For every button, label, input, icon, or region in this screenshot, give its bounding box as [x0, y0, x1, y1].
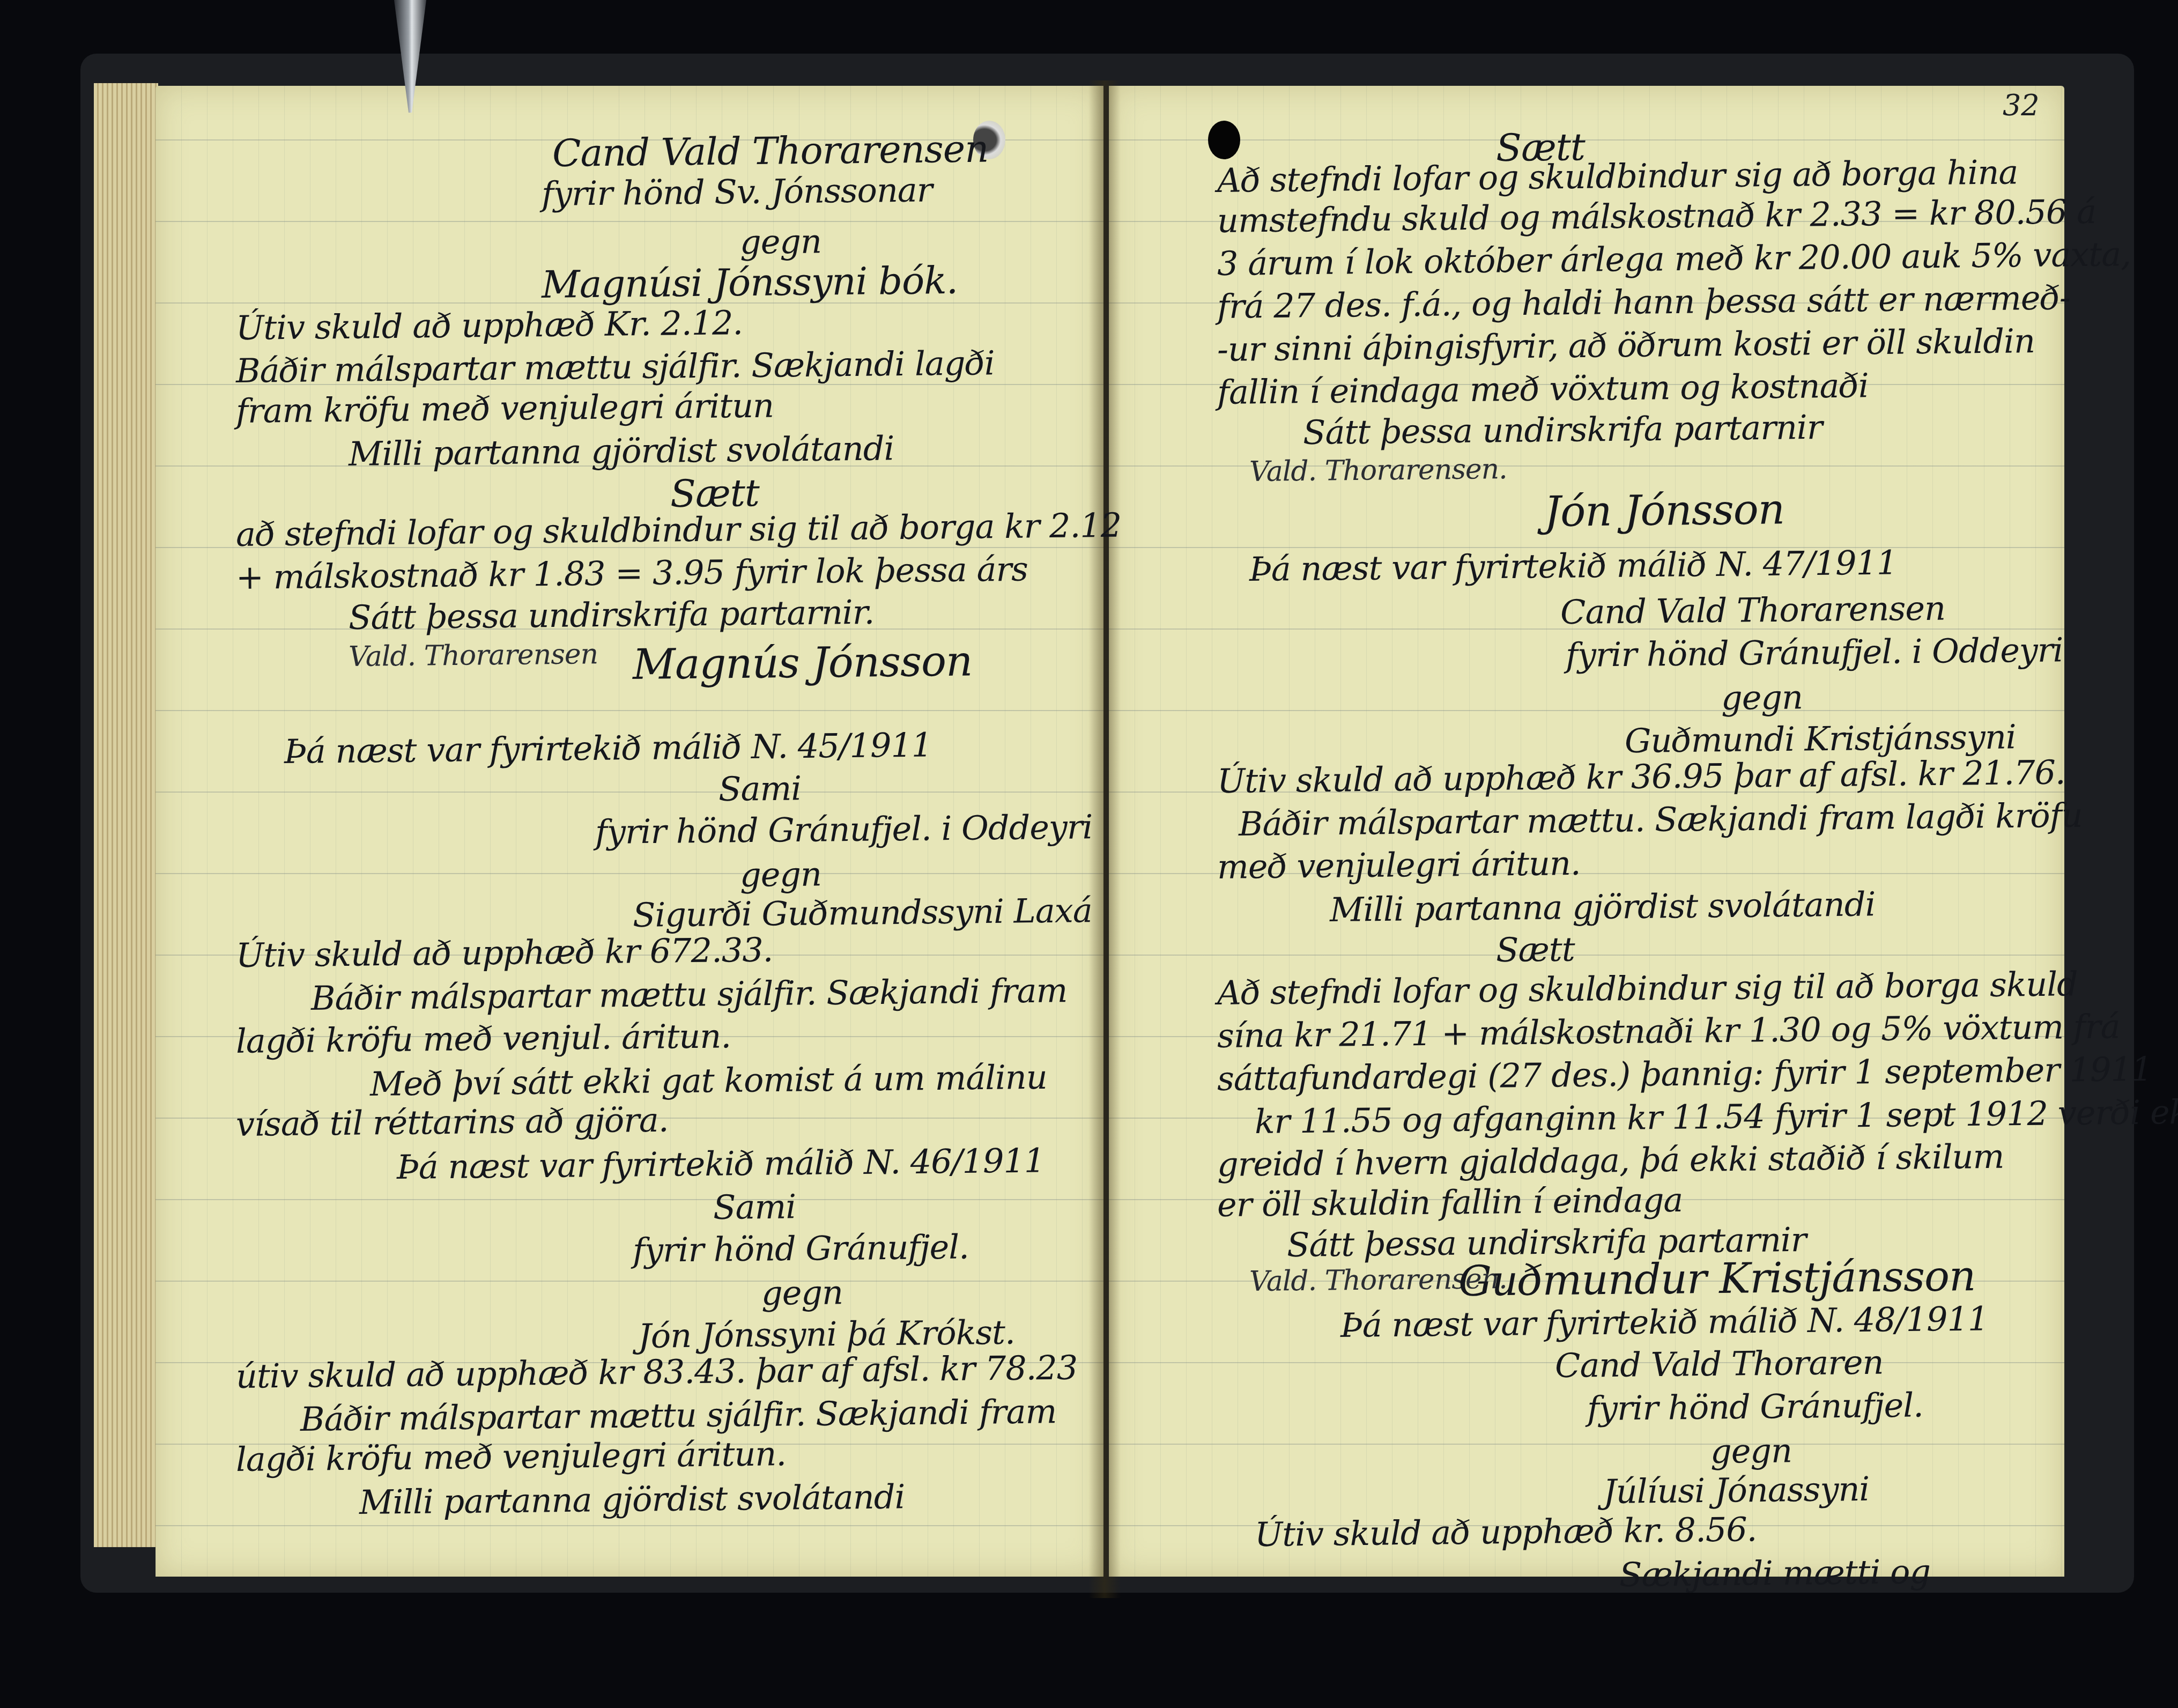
handwritten-line: gegn [761, 1273, 843, 1313]
handwritten-line: gegn [1710, 1431, 1792, 1471]
handwritten-line: Þá næst var fyrirtekið málið N. 45/1911 [284, 725, 932, 771]
handwritten-line: Magnúsi Jónssyni bók. [542, 258, 958, 307]
handwritten-line: lagði kröfu með venjul. áritun. [236, 1016, 731, 1061]
handwritten-line: vísað til réttarins að gjöra. [236, 1100, 669, 1144]
handwritten-line: gegn [740, 854, 822, 894]
handwritten-line: með venjulegri áritun. [1217, 844, 1581, 886]
handwritten-line: Sami [713, 1187, 796, 1227]
book-gutter [1088, 80, 1121, 1598]
handwritten-line: Að stefndi lofar og skuldbindur sig að b… [1217, 152, 2018, 200]
handwritten-line: Vald. Thorarensen. [1249, 453, 1507, 488]
handwritten-line: greidd í hvern gjalddaga, þá ekki staðið… [1217, 1137, 2004, 1184]
handwritten-line: Með því sátt ekki gat komist á um málinu [370, 1058, 1047, 1104]
handwritten-line: fyrir hönd Gránufjel. i Oddeyri [1566, 630, 2063, 675]
handwritten-line: Sátt þessa undirskrifa partarnir. [349, 593, 875, 637]
handwritten-line: er öll skuldin fallin í eindaga [1217, 1180, 1683, 1224]
handwritten-line: Cand Vald Thoraren­sen [1560, 588, 1946, 632]
handwritten-line: Útiv skuld að upphæð kr 672.33. [236, 930, 773, 975]
handwritten-line: Sætt [1496, 929, 1575, 970]
handwritten-line: fyrir hönd Gránufjel. [1587, 1385, 1923, 1428]
handwritten-line: + málskostnað kr 1.83 = 3.95 fyrir lok þ… [236, 550, 1028, 597]
handwritten-line: lagði kröfu með venjulegri áritun. [236, 1434, 787, 1479]
handwritten-line: Sækjandi mætti og [1619, 1552, 1931, 1594]
handwritten-line: Milli partanna gjördist svolátandi [1330, 884, 1876, 929]
handwritten-line: fyrir hönd Sv. Jónssonar [542, 170, 932, 213]
page-number: 32 [2003, 88, 2040, 122]
handwritten-line: fyrir hönd Gránufjel. i Oddeyri [595, 807, 1093, 852]
page-edges [94, 83, 158, 1547]
handwritten-line: fallin í eindaga með vöxtum og kostnaði [1217, 366, 1869, 412]
handwritten-line: Útiv skuld að upphæð kr. 8.56. [1255, 1510, 1757, 1554]
handwritten-line: Milli partanna gjördist svolátandi [349, 428, 894, 474]
handwritten-line: Júlíusi Jónassyni [1603, 1469, 1870, 1511]
handwritten-line: Vald. Thorarensen [349, 638, 598, 673]
handwritten-line: Þá næst var fyrirtekið málið N. 47/1911 [1249, 543, 1898, 589]
handwritten-line: Cand Vald Thoraren [1555, 1343, 1884, 1385]
handwritten-line: Magnús Jónsson [633, 637, 973, 689]
handwritten-line: Báðir málspartar mættu sjálfir. Sækjandi… [311, 971, 1068, 1018]
handwritten-line: Sátt þessa undirskrifa partarnir [1303, 408, 1823, 452]
handwritten-line: gegn [1721, 677, 1803, 718]
handwritten-line: Þá næst var fyrirtekið málið N. 46/1911 [397, 1141, 1045, 1187]
handwritten-line: Guðmundur Kristjánsson [1458, 1252, 1976, 1306]
handwritten-line: Milli partanna gjördist svolátandi [359, 1477, 905, 1522]
punch-hole-right [1208, 121, 1240, 159]
handwritten-line: Þá næst var fyrirtekið málið N. 48/1911 [1340, 1299, 1989, 1345]
handwritten-line: Jón Jónsson [1544, 485, 1785, 536]
handwritten-line: Útiv skuld að upphæð Kr. 2.12. [236, 303, 743, 347]
handwritten-line: fyrir hönd Gránufjel. [633, 1227, 969, 1270]
handwritten-line: gegn [740, 221, 822, 262]
handwritten-line: Sami [718, 768, 802, 809]
handwritten-line: fram kröfu með venjulegri áritun [236, 386, 774, 431]
handwritten-line: Báðir málspartar mættu sjálfir. Sækjandi… [236, 343, 995, 390]
handwritten-line: Cand Vald Thoraren­sen [552, 127, 989, 175]
handwritten-line: Sigurði Guðmundssyni Laxá [633, 891, 1092, 935]
handwritten-line: Báðir málspartar mættu sjálfir. Sækjandi… [300, 1392, 1057, 1439]
